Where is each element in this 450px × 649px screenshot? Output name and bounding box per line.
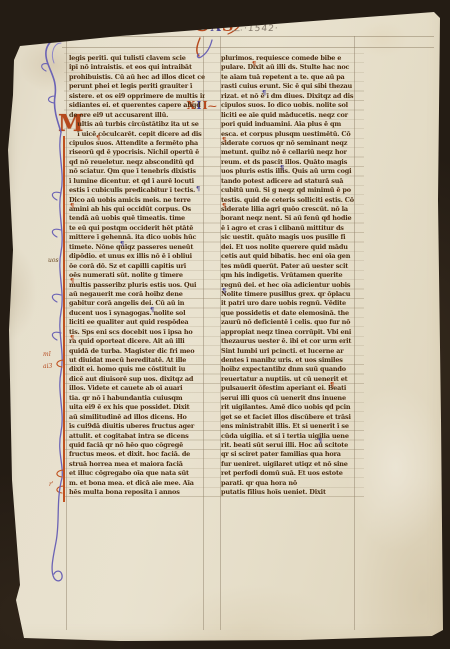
paragraph-mark: ¶ (318, 438, 322, 445)
paragraph-mark: ¶ (120, 241, 124, 248)
pencil-folio-number-right: ·1542· (243, 24, 279, 34)
paragraph-mark: ¶ (70, 335, 74, 342)
paragraph-mark: ¶ (150, 307, 154, 314)
margin-note: r' (49, 482, 54, 488)
pencil-mark-left: e (175, 22, 183, 32)
paragraph-mark: ¶ (70, 203, 74, 210)
chapter-numeral-flourish: ~ (207, 102, 218, 110)
paragraph-mark: ¶ (70, 278, 74, 285)
photo-backdrop: ·1541· e C A S —· ·1542· · X I I ~ M (0, 0, 450, 649)
margin-note: ai3 (43, 364, 52, 370)
text-column-left: legis peritī. qui tulistī clavem scie ip… (69, 54, 205, 499)
paragraph-mark: ¶ (262, 90, 266, 97)
margin-note: uos (48, 258, 59, 264)
paragraph-mark: ¶ (252, 61, 256, 68)
text-column-right: plurimos. requiesce comede bibe e pulare… (221, 54, 357, 499)
manuscript-leaf: ·1541· e C A S —· ·1542· · X I I ~ M (0, 0, 450, 649)
margin-note: mī (43, 352, 51, 358)
paragraph-mark: ¶ (280, 165, 284, 172)
paragraph-mark: ¶ (222, 203, 226, 210)
pencil-folio-number-left: ·1541· (81, 26, 117, 36)
paragraph-mark: ¶ (96, 135, 100, 142)
paragraph-mark: ¶ (222, 288, 226, 295)
paragraph-mark: ¶ (222, 137, 226, 144)
paragraph-mark: ¶ (196, 186, 200, 193)
pencil-mark-right: —· (232, 26, 243, 35)
paragraph-mark: ¶ (330, 382, 334, 389)
